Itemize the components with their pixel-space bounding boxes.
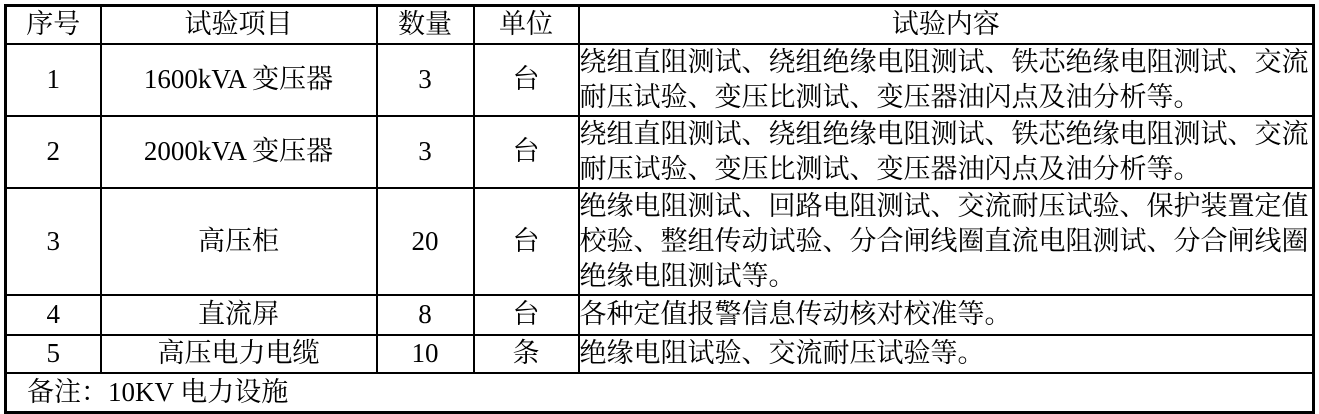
unit-cell: 台 <box>474 188 579 295</box>
column-header-number: 序号 <box>6 6 101 44</box>
note-cell: 备注：10KV 电力设施 <box>6 373 1314 413</box>
row-number-cell: 4 <box>6 295 101 335</box>
test-content-cell: 绕组直阻测试、绕组绝缘电阻测试、铁芯绝缘电阻测试、交流耐压试验、变压比测试、变压… <box>579 116 1314 188</box>
test-item-cell: 1600kVA 变压器 <box>101 44 377 116</box>
quantity-cell: 10 <box>377 335 474 373</box>
row-number-cell: 2 <box>6 116 101 188</box>
test-item-cell: 高压电力电缆 <box>101 335 377 373</box>
test-item-cell: 直流屏 <box>101 295 377 335</box>
quantity-cell: 3 <box>377 44 474 116</box>
column-header-test-content: 试验内容 <box>579 6 1314 44</box>
table-row: 1 1600kVA 变压器 3 台 绕组直阻测试、绕组绝缘电阻测试、铁芯绝缘电阻… <box>6 44 1314 116</box>
quantity-cell: 3 <box>377 116 474 188</box>
column-header-test-item: 试验项目 <box>101 6 377 44</box>
table-row: 4 直流屏 8 台 各种定值报警信息传动核对校准等。 <box>6 295 1314 335</box>
table-row: 2 2000kVA 变压器 3 台 绕组直阻测试、绕组绝缘电阻测试、铁芯绝缘电阻… <box>6 116 1314 188</box>
row-number-cell: 3 <box>6 188 101 295</box>
test-content-cell: 各种定值报警信息传动核对校准等。 <box>579 295 1314 335</box>
test-content-cell: 绝缘电阻试验、交流耐压试验等。 <box>579 335 1314 373</box>
test-content-cell: 绝缘电阻测试、回路电阻测试、交流耐压试验、保护装置定值校验、整组传动试验、分合闸… <box>579 188 1314 295</box>
test-item-cell: 2000kVA 变压器 <box>101 116 377 188</box>
table-header-row: 序号 试验项目 数量 单位 试验内容 <box>6 6 1314 44</box>
test-items-table: 序号 试验项目 数量 单位 试验内容 1 1600kVA 变压器 3 台 绕组直… <box>4 4 1315 414</box>
unit-cell: 台 <box>474 116 579 188</box>
quantity-cell: 20 <box>377 188 474 295</box>
unit-cell: 条 <box>474 335 579 373</box>
unit-cell: 台 <box>474 295 579 335</box>
test-item-cell: 高压柜 <box>101 188 377 295</box>
column-header-unit: 单位 <box>474 6 579 44</box>
column-header-quantity: 数量 <box>377 6 474 44</box>
table-row: 3 高压柜 20 台 绝缘电阻测试、回路电阻测试、交流耐压试验、保护装置定值校验… <box>6 188 1314 295</box>
quantity-cell: 8 <box>377 295 474 335</box>
document-page: 序号 试验项目 数量 单位 试验内容 1 1600kVA 变压器 3 台 绕组直… <box>0 0 1319 414</box>
unit-cell: 台 <box>474 44 579 116</box>
row-number-cell: 1 <box>6 44 101 116</box>
table-row: 5 高压电力电缆 10 条 绝缘电阻试验、交流耐压试验等。 <box>6 335 1314 373</box>
test-content-cell: 绕组直阻测试、绕组绝缘电阻测试、铁芯绝缘电阻测试、交流耐压试验、变压比测试、变压… <box>579 44 1314 116</box>
row-number-cell: 5 <box>6 335 101 373</box>
table-note-row: 备注：10KV 电力设施 <box>6 373 1314 413</box>
